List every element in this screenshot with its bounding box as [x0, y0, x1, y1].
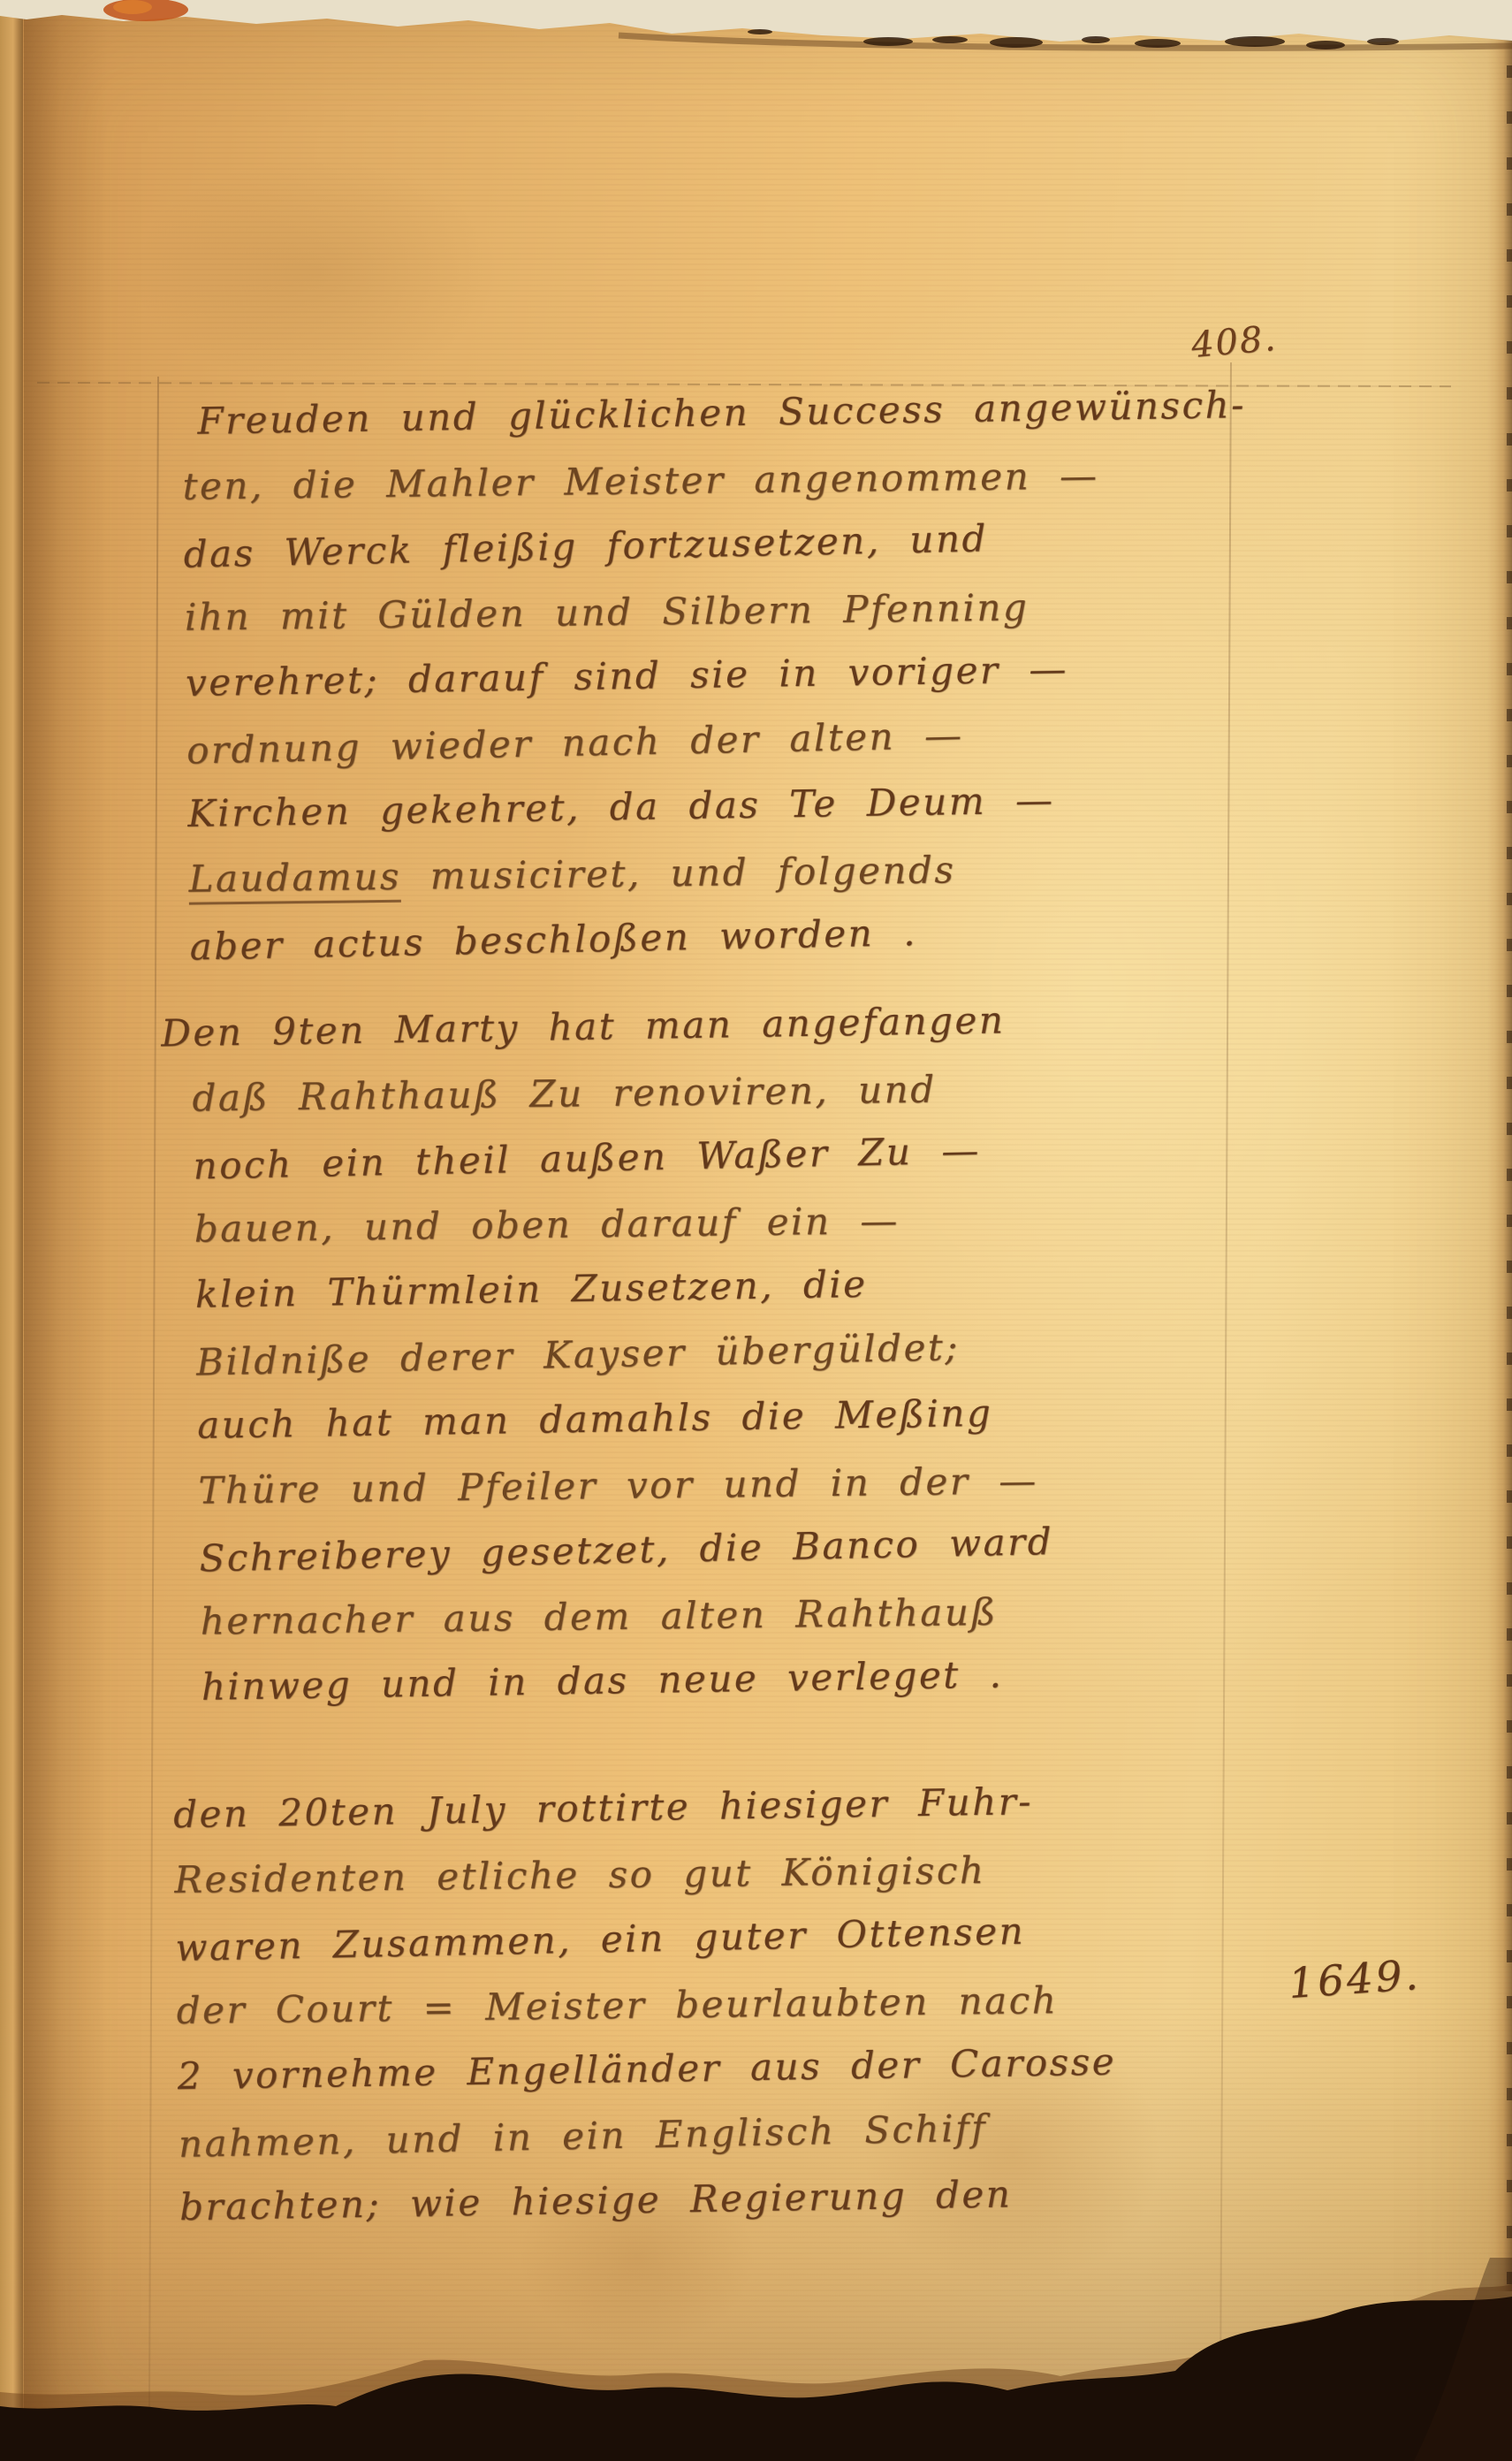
- manuscript-line: der Court = Meister beurlaubten nach: [176, 1976, 1258, 2054]
- scanned-manuscript-photo: 408. 1649. Freuden und glücklichen Succe…: [0, 0, 1512, 2461]
- manuscript-line: hernacher aus dem alten Rahthauß: [200, 1587, 1252, 1665]
- manuscript-line: den 20ten July rottirte hiesiger Fuhr-: [173, 1776, 1256, 1858]
- paragraph: Den 9ten Marty hat man angefangen daß Ra…: [191, 994, 1254, 1731]
- binding-page-sliver: [0, 5, 24, 2461]
- page-number: 408.: [1189, 318, 1279, 366]
- line-rest: musiciret, und folgends: [401, 848, 956, 897]
- margin-year-note: 1649.: [1287, 1951, 1422, 2008]
- paragraph: Freuden und glücklichen Success angewüns…: [181, 383, 1242, 988]
- manuscript-line: ihn mit Gülden und Silbern Pfenning: [185, 583, 1237, 661]
- handwritten-text-block: Freuden und glücklichen Success angewüns…: [181, 383, 1262, 2250]
- dark-bottom-edge: [0, 2258, 1512, 2461]
- manuscript-line: bauen, und oben darauf ein —: [194, 1194, 1246, 1272]
- paragraph: den 20ten July rottirte hiesiger Fuhr- R…: [203, 1776, 1262, 2251]
- gutter-shadow: [24, 0, 108, 2461]
- manuscript-line: Den 9ten Marty hat man angefangen: [161, 994, 1243, 1077]
- torn-edge-marks: [1507, 19, 1512, 2291]
- underlined-word: Laudamus: [188, 855, 401, 905]
- ragged-top-edge: [0, 0, 1512, 97]
